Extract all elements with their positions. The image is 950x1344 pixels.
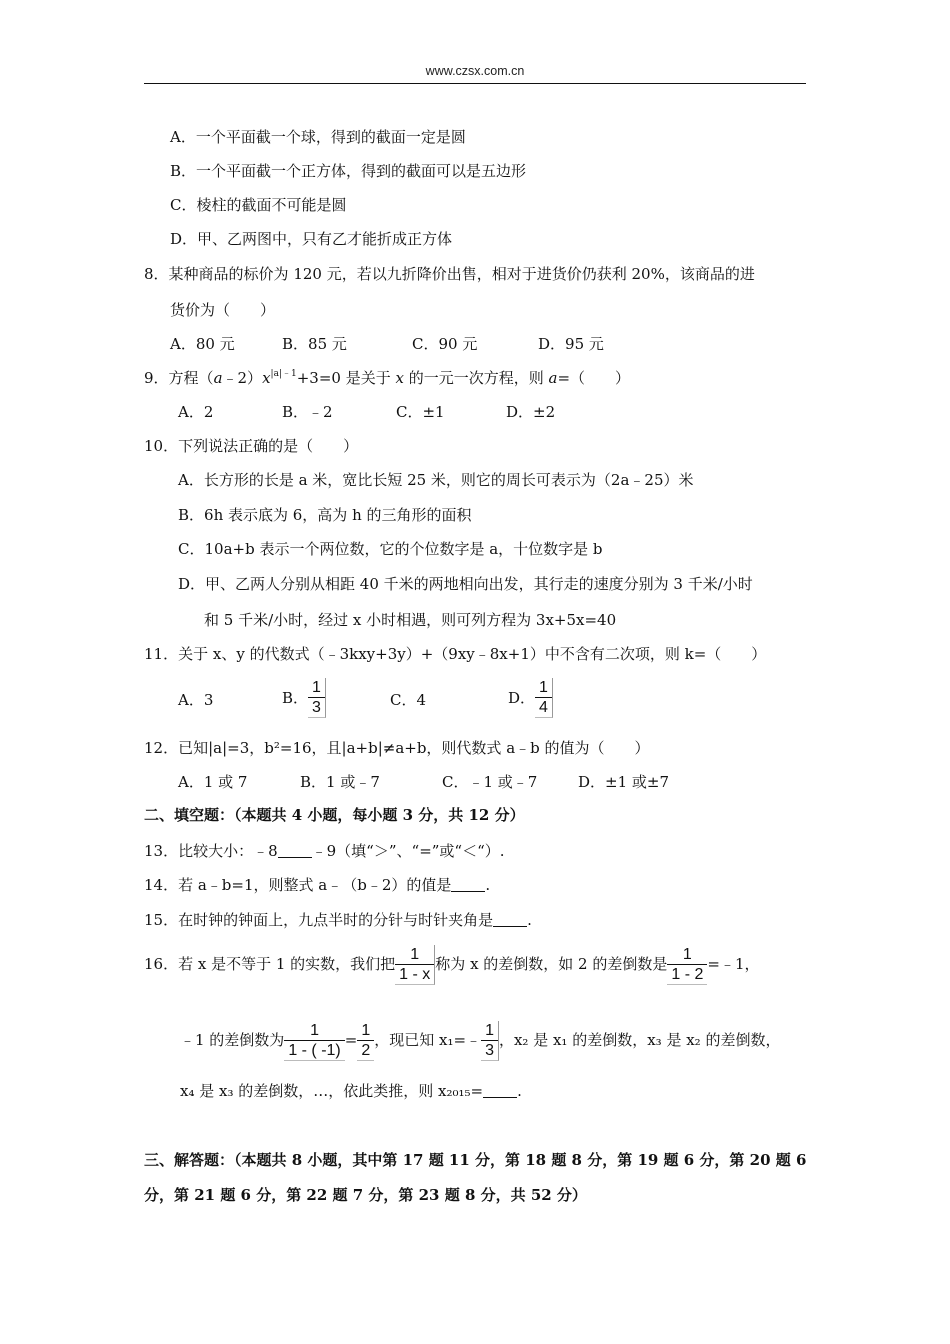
q9-var-x: x (262, 369, 270, 387)
q10-text: 下列说法正确的是（ ） (178, 437, 358, 455)
fraction-denominator: 1 - x (395, 964, 434, 984)
q9-option-b: B．﹣2 (282, 402, 333, 422)
q14-text-before: 若 a﹣b=1，则整式 a﹣（b﹣2）的值是 (178, 876, 451, 894)
q9-suffix: 的一元一次方程，则 (404, 369, 549, 387)
q11-text: 关于 x、y 的代数式（﹣3kxy+3y）+（9xy﹣8x+1）中不含有二次项，… (178, 645, 766, 663)
q7-option-b: B．一个平面截一个正方体，得到的截面可以是五边形 (170, 161, 526, 181)
q8-text: 某种商品的标价为 120 元，若以九折降价出售，相对于进货价仍获利 20%，该商… (169, 265, 755, 283)
fraction-numerator: 1 (535, 678, 552, 697)
fraction-numerator: 1 (357, 1021, 374, 1040)
q11-option-a-label: A． (178, 691, 204, 709)
q11-number: 11． (144, 645, 178, 663)
q16-fraction-1-over-3: 13 (481, 1021, 499, 1061)
q8-number: 8． (144, 265, 169, 283)
q12-option-d: D．±1 或±7 (578, 772, 669, 792)
q16-part3: =﹣1， (707, 955, 759, 973)
q12-option-c: C．﹣1 或﹣7 (442, 772, 537, 792)
q11-option-d-label: D． (508, 689, 535, 707)
q9-var-a: a (214, 369, 223, 387)
q16-part1: 若 x 是不等于 1 的实数，我们把 (178, 955, 395, 973)
q13-number: 13． (144, 842, 178, 860)
q8-option-c: C．90 元 (412, 334, 477, 354)
fraction-numerator: 1 (308, 678, 325, 697)
q16-fraction-1-over-2: 12 (357, 1021, 374, 1061)
q15-answer-blank[interactable] (493, 912, 527, 927)
fraction-denominator: 3 (308, 697, 325, 717)
fraction-denominator: 1 - ( -1) (284, 1040, 344, 1061)
question-15: 15．在时钟的钟面上，九点半时的分针与时针夹角是. (144, 910, 532, 930)
q15-text-before: 在时钟的钟面上，九点半时的分针与时针夹角是 (178, 911, 493, 929)
q9-var-x2: x (395, 369, 403, 387)
q16-fraction-1-over-1-minus-x: 11 - x (395, 945, 435, 985)
q15-text-after: . (527, 911, 532, 929)
q16-part2: 称为 x 的差倒数，如 2 的差倒数是 (435, 955, 667, 973)
q9-option-a: A．2 (178, 402, 213, 422)
fraction-numerator: 1 (306, 1021, 323, 1040)
q9-after: +3=0 是关于 (297, 369, 396, 387)
q9-option-d: D．±2 (506, 402, 555, 422)
q9-prefix: 方程（ (169, 369, 214, 387)
q10-option-d: D．甲、乙两人分别从相距 40 千米的两地相向出发，其行走的速度分别为 3 千米… (178, 574, 753, 594)
q10-option-a: A．长方形的长是 a 米，宽比长短 25 米，则它的周长可表示为（2a﹣25）米 (178, 470, 694, 490)
q12-text: 已知|a|=3，b²=16，且|a+b|≠a+b，则代数式 a﹣b 的值为（ ） (178, 739, 649, 757)
fraction-denominator: 2 (357, 1040, 374, 1061)
section-2-heading: 二、填空题：（本题共 4 小题，每小题 3 分，共 12 分） (144, 805, 525, 825)
q10-option-b: B．6h 表示底为 6，高为 h 的三角形的面积 (178, 505, 472, 525)
q9-option-c: C．±1 (396, 402, 445, 422)
page-header-url: www.czsx.com.cn (0, 64, 950, 78)
q12-option-b: B．1 或﹣7 (300, 772, 380, 792)
q8-option-b: B．85 元 (282, 334, 347, 354)
q9-exponent: |a|﹣1 (271, 369, 297, 379)
q11-option-d: D．14 (508, 678, 553, 718)
fraction-denominator: 4 (535, 697, 552, 717)
q7-option-a: A．一个平面截一个球，得到的截面一定是圆 (170, 127, 466, 147)
q10-option-c: C．10a+b 表示一个两位数，它的个位数字是 a，十位数字是 b (178, 539, 603, 559)
question-14: 14．若 a﹣b=1，则整式 a﹣（b﹣2）的值是. (144, 875, 490, 895)
q11-option-a: A．3 (178, 690, 213, 710)
q11-option-c-label: C． (390, 691, 416, 709)
q13-text-before: 比较大小：﹣8 (178, 842, 278, 860)
q14-number: 14． (144, 876, 178, 894)
fraction-numerator: 1 (679, 945, 696, 964)
question-13: 13．比较大小：﹣8﹣9（填“＞”、“=”或“＜“）. (144, 841, 505, 861)
q8-option-d: D．95 元 (538, 334, 604, 354)
q9-text: 9．方程（a﹣2）x|a|﹣1+3=0 是关于 x 的一元一次方程，则 a=（ … (144, 368, 630, 388)
q7-option-c: C．棱柱的截面不可能是圆 (170, 195, 346, 215)
q11-option-c-value: 4 (416, 691, 426, 709)
header-divider (144, 83, 806, 84)
q11-option-d-fraction: 14 (535, 678, 553, 718)
q7-option-d: D．甲、乙两图中，只有乙才能折成正方体 (170, 229, 452, 249)
q12-option-a: A．1 或 7 (178, 772, 247, 792)
q16-part5: ，现已知 x₁=﹣ (374, 1031, 481, 1049)
q16-fraction-1-over-1-minus-2: 11 - 2 (667, 945, 707, 985)
q16-fraction-1-over-1-minus-neg1: 11 - ( -1) (284, 1021, 344, 1061)
q8-option-a: A．80 元 (170, 334, 235, 354)
q16-line3: x₄ 是 x₃ 的差倒数，…，依此类推，则 x₂₀₁₅= (180, 1082, 483, 1100)
q16-number: 16． (144, 955, 178, 973)
q13-text-after: ﹣9（填“＞”、“=”或“＜“）. (312, 842, 505, 860)
q9-end: =（ ） (557, 369, 630, 387)
q11-option-b: B．13 (282, 678, 326, 718)
fraction-numerator: 1 (481, 1021, 498, 1040)
fraction-denominator: 1 - 2 (667, 964, 707, 985)
q10-option-d-cont: 和 5 千米/小时，经过 x 小时相遇，则可列方程为 3x+5x=40 (204, 610, 616, 630)
q9-mid: ﹣2） (223, 369, 263, 387)
q16-line3-end: . (517, 1082, 522, 1100)
q10-number: 10． (144, 437, 178, 455)
q11-option-b-label: B． (282, 689, 308, 707)
q8-text-cont: 货价为（ ） (170, 300, 275, 320)
q11-option-b-fraction: 13 (308, 678, 326, 718)
q16-part6: ，x₂ 是 x₁ 的差倒数，x₃ 是 x₂ 的差倒数， (499, 1031, 781, 1049)
fraction-denominator: 3 (481, 1040, 498, 1060)
q13-answer-blank[interactable] (278, 843, 312, 858)
q14-text-after: . (485, 876, 490, 894)
q16-answer-blank[interactable] (483, 1083, 517, 1098)
q11-option-a-value: 3 (204, 691, 214, 709)
q14-answer-blank[interactable] (451, 877, 485, 892)
section-3-heading-cont: 分，第 21 题 6 分，第 22 题 7 分，第 23 题 8 分，共 52 … (144, 1185, 587, 1205)
q16-part4: ﹣1 的差倒数为 (180, 1031, 284, 1049)
q15-number: 15． (144, 911, 178, 929)
q12-number: 12． (144, 739, 178, 757)
q16-equals: = (345, 1031, 358, 1049)
fraction-numerator: 1 (406, 945, 423, 964)
q11-option-c: C．4 (390, 690, 426, 710)
q9-number: 9． (144, 369, 169, 387)
section-3-heading: 三、解答题：（本题共 8 小题，其中第 17 题 11 分，第 18 题 8 分… (144, 1150, 806, 1170)
